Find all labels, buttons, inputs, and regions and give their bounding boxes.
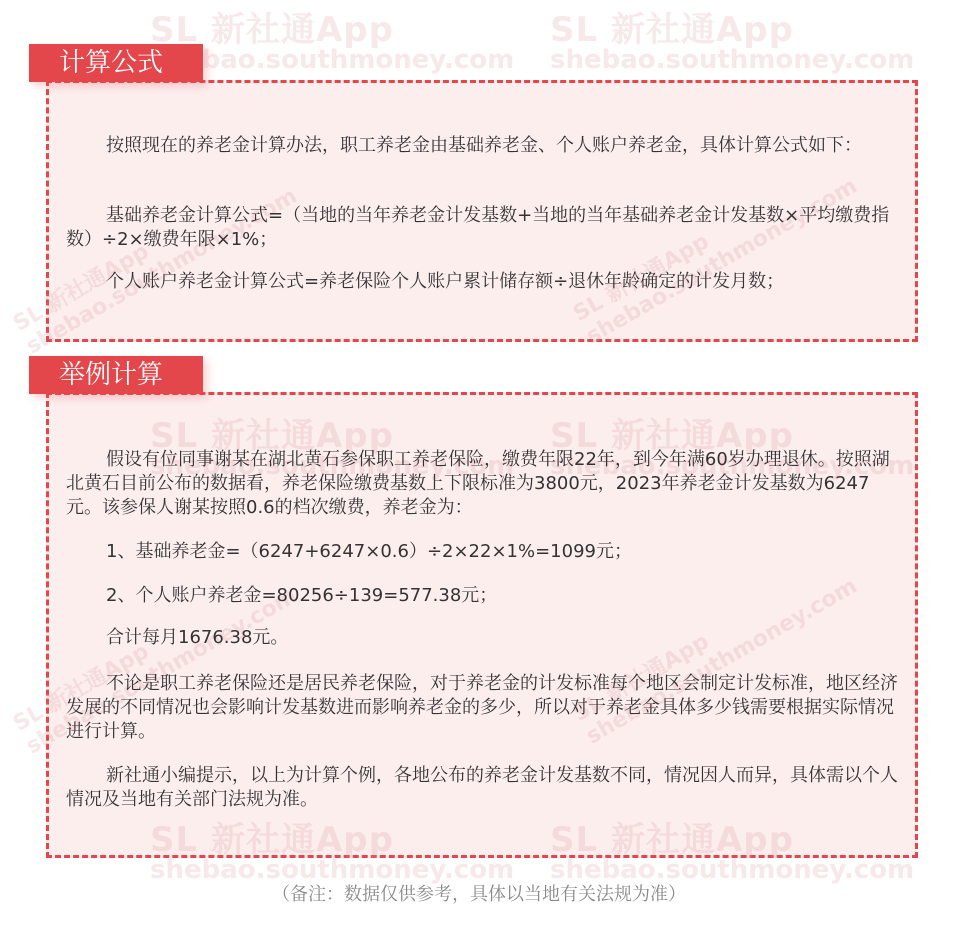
example-personal-account: 2、个人账户养老金=80256÷139=577.38元； <box>66 584 898 608</box>
example-section-tag: 举例计算 <box>29 356 203 394</box>
formula-section-tag: 计算公式 <box>29 44 203 82</box>
footnote: （备注：数据仅供参考，具体以当地有关法规为准） <box>0 880 958 906</box>
watermark: SL 新社通Appshebao.southmoney.com <box>150 2 514 75</box>
explanation-paragraph: 不论是职工养老保险还是居民养老保险，对于养老金的计发标准每个地区会制定计发标准，… <box>66 672 898 744</box>
example-basic-pension: 1、基础养老金=（6247+6247×0.6）÷2×22×1%=1099元； <box>66 540 898 564</box>
personal-account-formula: 个人账户养老金计算公式=养老保险个人账户累计储存额÷退休年龄确定的计发月数； <box>66 270 898 294</box>
formula-intro: 按照现在的养老金计算办法，职工养老金由基础养老金、个人账户养老金，具体计算公式如… <box>66 134 898 158</box>
watermark: SL 新社通Appshebao.southmoney.com <box>550 2 914 75</box>
example-scenario: 假设有位同事谢某在湖北黄石参保职工养老保险，缴费年限22年，到今年满60岁办理退… <box>66 448 898 520</box>
basic-pension-formula: 基础养老金计算公式=（当地的当年养老金计发基数+当地的当年基础养老金计发基数×平… <box>66 204 898 252</box>
example-total: 合计每月1676.38元。 <box>66 626 898 650</box>
editor-tip: 新社通小编提示，以上为计算个例，各地公布的养老金计发基数不同，情况因人而异，具体… <box>66 764 898 812</box>
